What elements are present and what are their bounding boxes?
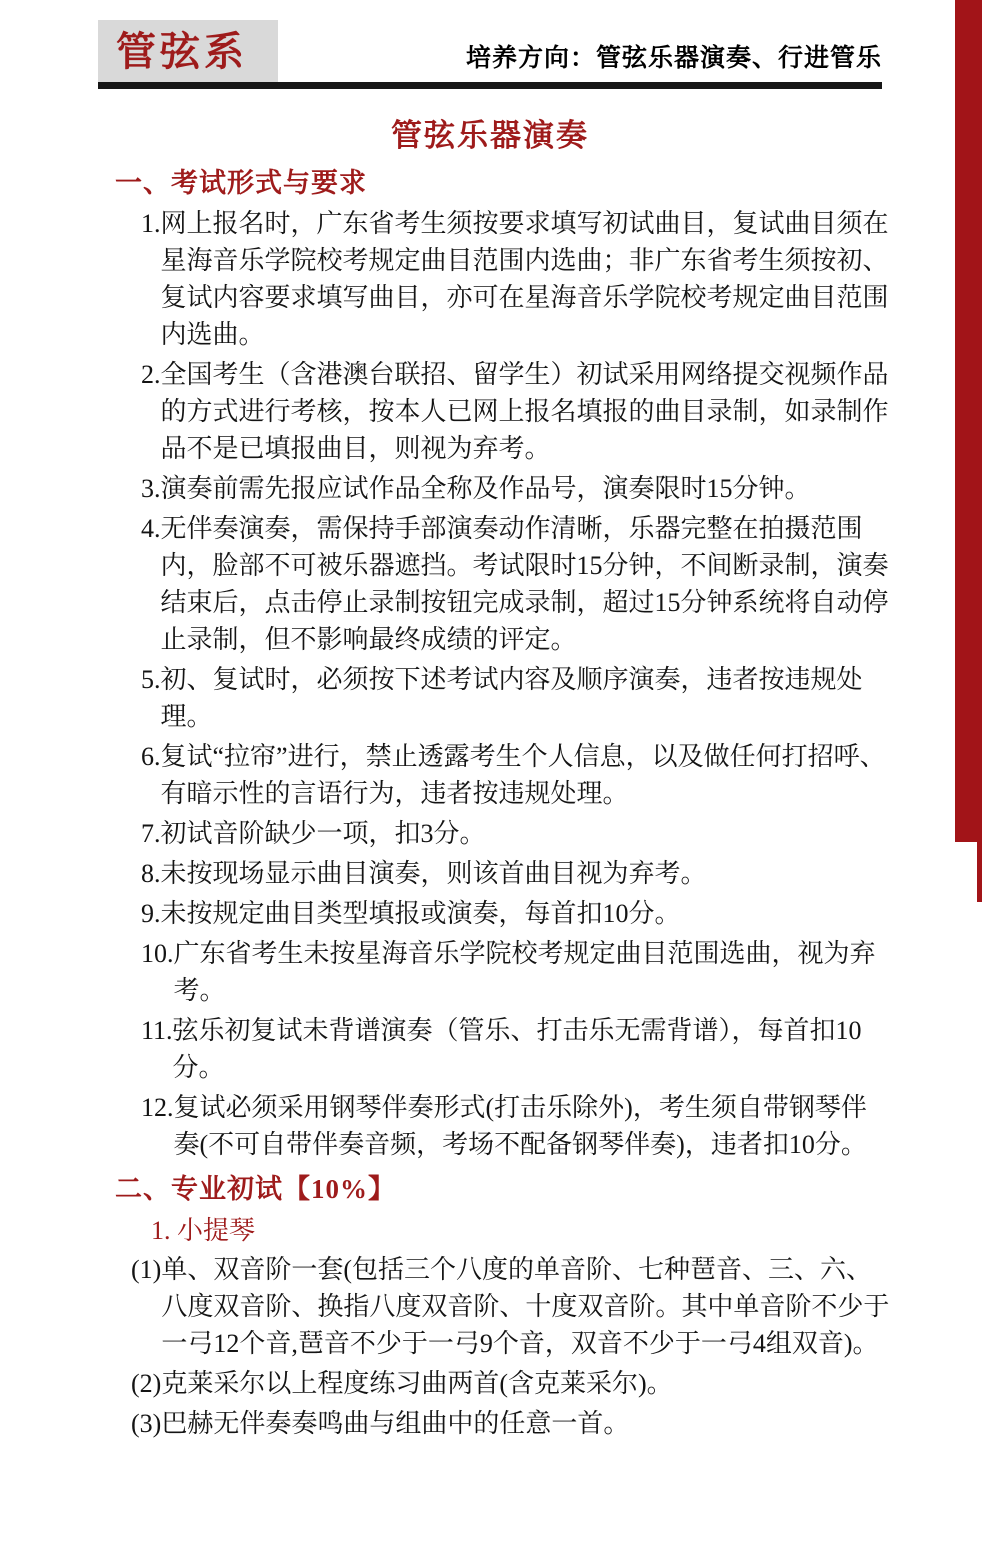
list-item-number: 10. (115, 935, 174, 1009)
list-item: 5. 初、复试时，必须按下述考试内容及顺序演奏，违者按违规处理。 (115, 661, 893, 735)
list-item-text: 广东省考生未按星海音乐学院校考规定曲目范围选曲，视为弃考。 (174, 935, 894, 1009)
list-item-text: 无伴奏演奏，需保持手部演奏动作清晰，乐器完整在拍摄范围内，脸部不可被乐器遮挡。考… (161, 510, 894, 658)
list-item-text: 全国考生（含港澳台联招、留学生）初试采用网络提交视频作品的方式进行考核，按本人已… (161, 356, 894, 467)
list-item-number: 12. (115, 1089, 174, 1163)
list-item: 8. 未按现场显示曲目演奏，则该首曲目视为弃考。 (115, 855, 893, 892)
list-item: 11. 弦乐初复试未背谱演奏（管乐、打击乐无需背谱），每首扣10分。 (115, 1012, 893, 1086)
list-item: 9. 未按规定曲目类型填报或演奏，每首扣10分。 (115, 895, 893, 932)
list-item-number: 4. (115, 510, 161, 658)
list-item: 6. 复试“拉帘”进行，禁止透露考生个人信息，以及做任何打招呼、有暗示性的言语行… (115, 738, 893, 812)
list-item-number: 5. (115, 661, 161, 735)
list-item-number: (2) (115, 1365, 161, 1402)
exam-requirements-list: 1. 网上报名时，广东省考生须按要求填写初试曲目，复试曲目须在星海音乐学院校考规… (115, 205, 893, 1163)
list-item-number: 7. (115, 815, 161, 852)
right-accent-bar-tail (977, 842, 982, 902)
list-item: 1. 网上报名时，广东省考生须按要求填写初试曲目，复试曲目须在星海音乐学院校考规… (115, 205, 893, 353)
list-item-number: 9. (115, 895, 161, 932)
list-item-number: 3. (115, 470, 161, 507)
page-header: 管弦系 培养方向：管弦乐器演奏、行进管乐 (98, 20, 882, 89)
list-item-number: 2. (115, 356, 161, 467)
list-item: 10. 广东省考生未按星海音乐学院校考规定曲目范围选曲，视为弃考。 (115, 935, 893, 1009)
document-page: 管弦系 培养方向：管弦乐器演奏、行进管乐 管弦乐器演奏 一、考试形式与要求 1.… (0, 0, 982, 1545)
document-body: 一、考试形式与要求 1. 网上报名时，广东省考生须按要求填写初试曲目，复试曲目须… (115, 163, 893, 1445)
list-item: (3) 巴赫无伴奏奏鸣曲与组曲中的任意一首。 (115, 1405, 893, 1442)
list-item-number: (1) (115, 1251, 161, 1362)
list-item-text: 网上报名时，广东省考生须按要求填写初试曲目，复试曲目须在星海音乐学院校考规定曲目… (161, 205, 894, 353)
list-item-number: 8. (115, 855, 161, 892)
list-item-number: 1. (115, 205, 161, 353)
right-accent-bar (955, 0, 982, 842)
list-item: 7. 初试音阶缺少一项，扣3分。 (115, 815, 893, 852)
violin-requirements-list: (1) 单、双音阶一套(包括三个八度的单音阶、七种琶音、三、六、八度双音阶、换指… (115, 1251, 893, 1442)
list-item: (1) 单、双音阶一套(包括三个八度的单音阶、七种琶音、三、六、八度双音阶、换指… (115, 1251, 893, 1362)
instrument-subheading: 1. 小提琴 (115, 1211, 893, 1250)
list-item-text: 克莱采尔以上程度练习曲两首(含克莱采尔)。 (161, 1365, 893, 1402)
list-item-text: 复试“拉帘”进行，禁止透露考生个人信息，以及做任何打招呼、有暗示性的言语行为，违… (161, 738, 894, 812)
list-item-text: 未按规定曲目类型填报或演奏，每首扣10分。 (161, 895, 894, 932)
section2-heading: 二、专业初试【10%】 (115, 1169, 893, 1209)
list-item-text: 弦乐初复试未背谱演奏（管乐、打击乐无需背谱），每首扣10分。 (173, 1012, 893, 1086)
list-item-text: 演奏前需先报应试作品全称及作品号，演奏限时15分钟。 (161, 470, 894, 507)
list-item: 2. 全国考生（含港澳台联招、留学生）初试采用网络提交视频作品的方式进行考核，按… (115, 356, 893, 467)
list-item-number: 11. (115, 1012, 173, 1086)
list-item: 12. 复试必须采用钢琴伴奏形式(打击乐除外)，考生须自带钢琴伴奏(不可自带伴奏… (115, 1089, 893, 1163)
list-item-text: 巴赫无伴奏奏鸣曲与组曲中的任意一首。 (161, 1405, 893, 1442)
list-item-text: 单、双音阶一套(包括三个八度的单音阶、七种琶音、三、六、八度双音阶、换指八度双音… (161, 1251, 893, 1362)
page-title: 管弦乐器演奏 (98, 110, 882, 155)
list-item-text: 复试必须采用钢琴伴奏形式(打击乐除外)，考生须自带钢琴伴奏(不可自带伴奏音频，考… (174, 1089, 894, 1163)
list-item-text: 初、复试时，必须按下述考试内容及顺序演奏，违者按违规处理。 (161, 661, 894, 735)
list-item-number: (3) (115, 1405, 161, 1442)
training-direction-label: 培养方向：管弦乐器演奏、行进管乐 (466, 44, 882, 82)
list-item-number: 6. (115, 738, 161, 812)
list-item: 3. 演奏前需先报应试作品全称及作品号，演奏限时15分钟。 (115, 470, 893, 507)
list-item: 4. 无伴奏演奏，需保持手部演奏动作清晰，乐器完整在拍摄范围内，脸部不可被乐器遮… (115, 510, 893, 658)
section1-heading: 一、考试形式与要求 (115, 163, 893, 203)
list-item-text: 初试音阶缺少一项，扣3分。 (161, 815, 894, 852)
list-item: (2) 克莱采尔以上程度练习曲两首(含克莱采尔)。 (115, 1365, 893, 1402)
list-item-text: 未按现场显示曲目演奏，则该首曲目视为弃考。 (161, 855, 894, 892)
department-label: 管弦系 (98, 20, 278, 82)
